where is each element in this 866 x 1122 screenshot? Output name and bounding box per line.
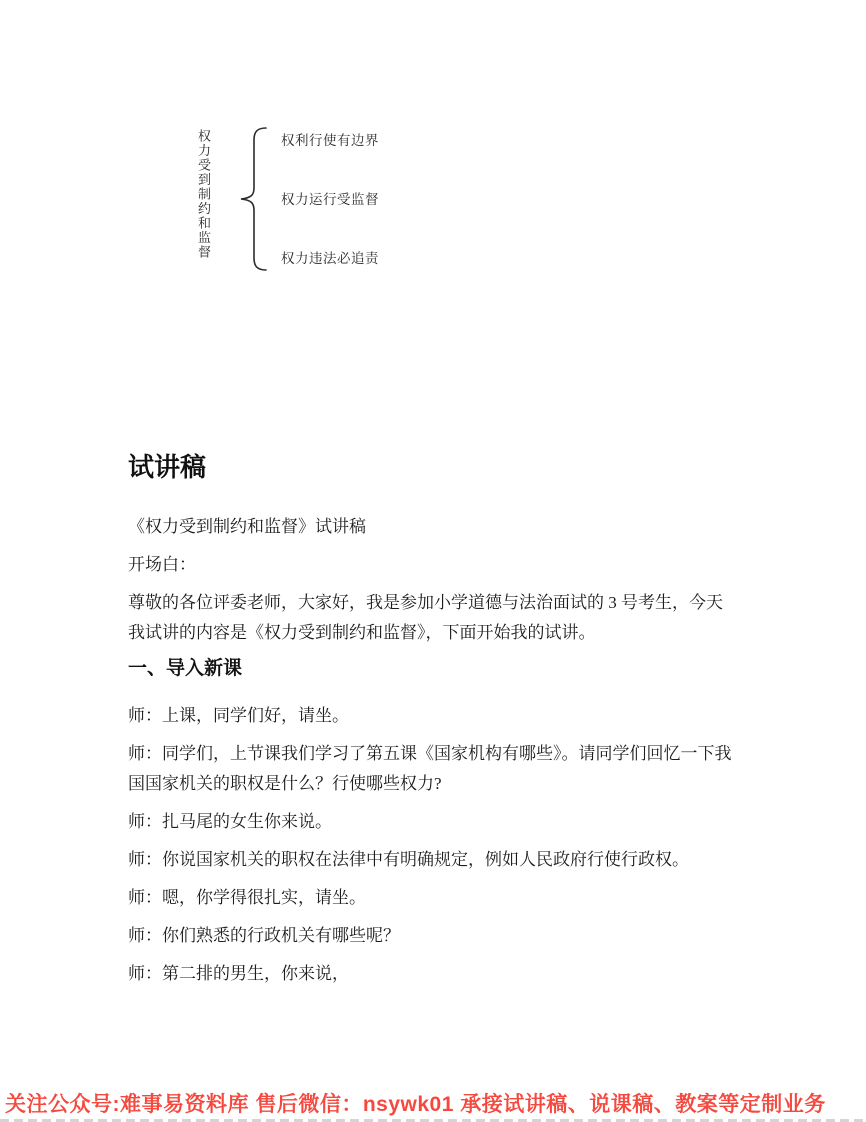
mind-map-branch-label: 权利行使有边界 [281,129,379,149]
mind-map-root-label: 权力受到制约和监督 [195,129,212,260]
dialogue-paragraph: 师：嗯，你学得很扎实，请坐。 [128,883,746,913]
mind-map-branch-label: 权力运行受监督 [281,188,379,208]
dialogue-paragraph: 师：同学们，上节课我们学习了第五课《国家机构有哪些》。请同学们回忆一下我 国国家… [128,739,746,799]
document-subtitle: 《权力受到制约和监督》试讲稿 [128,512,746,542]
dialogue-line: 师：你们熟悉的行政机关有哪些呢？ [128,921,746,951]
dialogue-line: 师：第二排的男生，你来说， [128,959,746,989]
document-content: 试讲稿 《权力受到制约和监督》试讲稿 开场白： 尊敬的各位评委老师，大家好，我是… [128,450,746,997]
subtitle-line: 《权力受到制约和监督》试讲稿 [128,512,746,542]
opening-paragraph: 尊敬的各位评委老师，大家好，我是参加小学道德与法治面试的 3 号考生，今天 我试… [128,588,746,648]
opening-label: 开场白： [128,550,746,580]
opening-label-line: 开场白： [128,550,746,580]
dialogue-paragraph: 师：你们熟悉的行政机关有哪些呢？ [128,921,746,951]
mind-map-diagram: 权力受到制约和监督 权利行使有边界 权力运行受监督 权力违法必追责 [0,0,420,300]
dialogue-paragraph: 师：第二排的男生，你来说， [128,959,746,989]
document-title: 试讲稿 [128,450,746,484]
section-heading: 一、导入新课 [128,656,746,682]
opening-paragraph-line: 尊敬的各位评委老师，大家好，我是参加小学道德与法治面试的 3 号考生，今天 [128,588,746,618]
dialogue-paragraph: 师：扎马尾的女生你来说。 [128,807,746,837]
curly-brace-icon [239,125,269,273]
dialogue-line: 师：上课，同学们好，请坐。 [128,701,746,731]
dialogue-line: 师：嗯，你学得很扎实，请坐。 [128,883,746,913]
dialogue-line: 师：同学们，上节课我们学习了第五课《国家机构有哪些》。请同学们回忆一下我 [128,739,746,769]
mind-map-branch-label: 权力违法必追责 [281,247,379,267]
opening-paragraph-line: 我试讲的内容是《权力受到制约和监督》，下面开始我的试讲。 [128,618,746,648]
footer-banner: 关注公众号:难事易资料库 售后微信：nsywk01 承接试讲稿、说课稿、教案等定… [0,1086,866,1119]
dialogue-paragraph: 师：你说国家机关的职权在法律中有明确规定，例如人民政府行使行政权。 [128,845,746,875]
document-page: 权力受到制约和监督 权利行使有边界 权力运行受监督 权力违法必追责 试讲稿 《权… [0,0,866,1122]
dialogue-line: 国国家机关的职权是什么？行使哪些权力? [128,769,746,799]
dialogue-line: 师：你说国家机关的职权在法律中有明确规定，例如人民政府行使行政权。 [128,845,746,875]
dialogue-line: 师：扎马尾的女生你来说。 [128,807,746,837]
dialogue-paragraph: 师：上课，同学们好，请坐。 [128,701,746,731]
footer-banner-text: 关注公众号:难事易资料库 售后微信：nsywk01 承接试讲稿、说课稿、教案等定… [5,1088,826,1118]
